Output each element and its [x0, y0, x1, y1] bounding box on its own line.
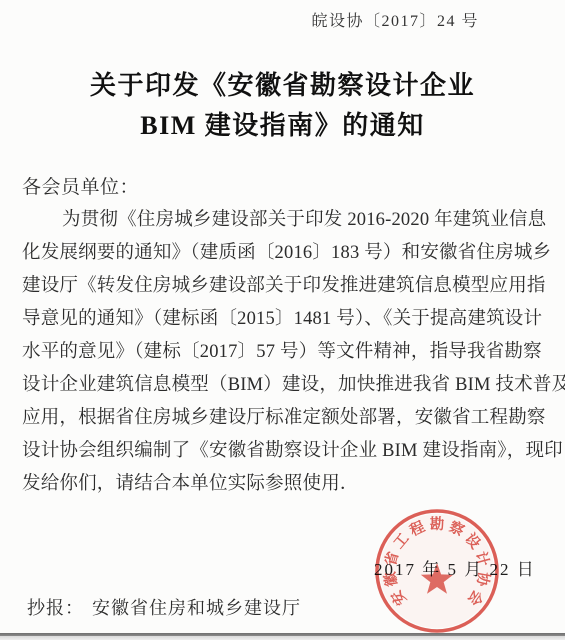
seal-ring-char: 察 [446, 517, 467, 540]
body-line: 设计协会组织编制了《安徽省勘察设计企业 BIM 建设指南》，现印 [22, 435, 554, 468]
seal-ring-char: 会 [464, 587, 487, 610]
page-bottom-shadow [0, 631, 565, 640]
seal-ring-char: 勘 [430, 516, 445, 533]
body-line: 建设厅《转发住房城乡建设部关于印发推进建筑信息模型应用指 [22, 270, 554, 303]
issue-date: 2017 年 5 月 22 日 [374, 555, 536, 580]
document-page: 皖设协〔2017〕24 号 关于印发《安徽省勘察设计企业 BIM 建设指南》的通… [0, 0, 565, 640]
body-paragraph: 为贯彻《住房城乡建设部关于印发 2016-2020 年建筑业信息 化发展纲要的通… [22, 204, 554, 501]
body-line: 水平的意见》（建标〔2017〕57 号）等文件精神，指导我省勘察 [22, 336, 554, 369]
title-line-1: 关于印发《安徽省勘察设计企业 [0, 66, 565, 106]
body-line: 导意见的通知》（建标函〔2015〕1481 号）、《关于提高建筑设计 [22, 303, 554, 336]
seal-ring-char: 工 [391, 530, 413, 552]
document-title: 关于印发《安徽省勘察设计企业 BIM 建设指南》的通知 [0, 66, 565, 146]
seal-ring-char: 安 [387, 586, 410, 609]
cc-line: 抄报：安徽省住房和城乡建设厅 [27, 594, 301, 620]
body-line: 为贯彻《住房城乡建设部关于印发 2016-2020 年建筑业信息 [22, 204, 554, 237]
body-line: 设计企业建筑信息模型（BIM）建设，加快推进我省 BIM 技术普及 [22, 369, 554, 402]
salutation: 各会员单位： [22, 172, 139, 199]
cc-recipient: 安徽省住房和城乡建设厅 [92, 598, 301, 618]
seal-ring-char: 程 [407, 517, 428, 540]
doc-number: 皖设协〔2017〕24 号 [311, 8, 479, 31]
cc-label: 抄报： [27, 598, 84, 618]
seal-ring-char: 设 [461, 529, 484, 552]
body-line: 发给你们，请结合本单位实际参照使用． [22, 468, 554, 501]
body-line: 应用，根据省住房城乡建设厅标准定额处部署，安徽省工程勘察 [22, 402, 554, 435]
title-line-2: BIM 建设指南》的通知 [0, 106, 565, 146]
body-line: 化发展纲要的通知》（建质函〔2016〕183 号）和安徽省住房城乡 [22, 237, 554, 270]
